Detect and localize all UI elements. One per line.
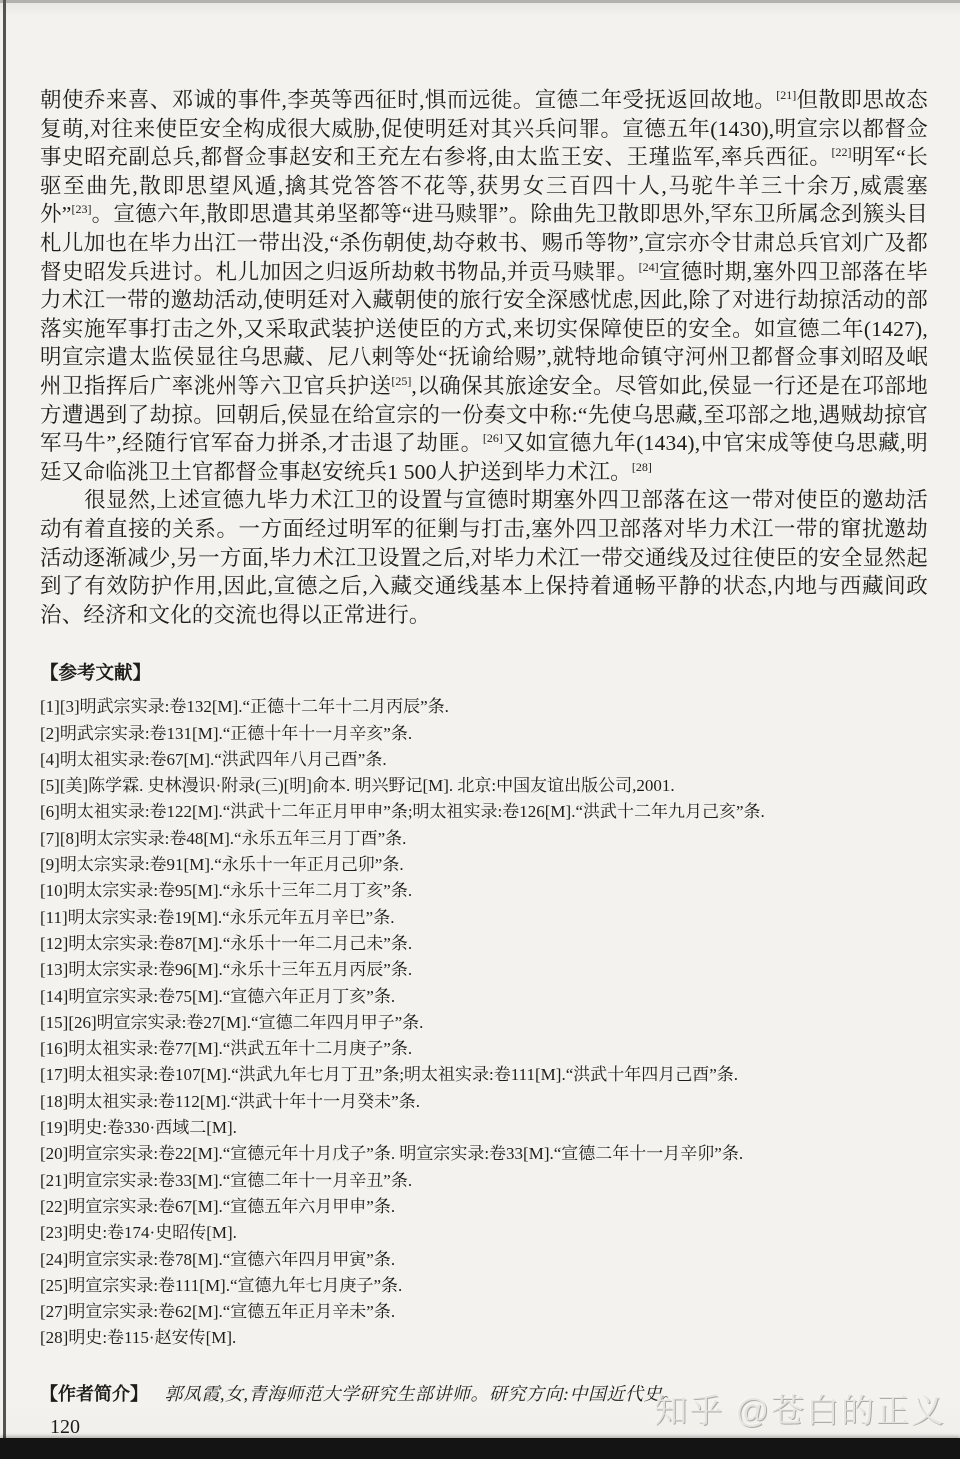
paragraph-text: 很显然,上述宣德九毕力术江卫的设置与宣德时期塞外四卫部落在这一带对使臣的邀劫活动… — [40, 488, 928, 626]
reference-item: [27]明宣宗实录:卷62[M].“宣德五年正月辛未”条. — [40, 1299, 928, 1325]
reference-item: [13]明太宗实录:卷96[M].“永乐十三年五月丙辰”条. — [40, 957, 928, 983]
reference-list: [1][3]明武宗实录:卷132[M].“正德十二年十二月丙辰”条.[2]明武宗… — [40, 694, 928, 1351]
reference-item: [19]明史:卷330·西域二[M]. — [40, 1115, 928, 1141]
reference-item: [16]明太祖实录:卷77[M].“洪武五年十二月庚子”条. — [40, 1036, 928, 1062]
body-paragraph: 朝使乔来喜、邓诚的事件,李英等西征时,惧而远徙。宣德二年受抚返回故地。[21]但… — [40, 86, 928, 486]
reference-item: [24]明宣宗实录:卷78[M].“宣德六年四月甲寅”条. — [40, 1247, 928, 1273]
citation-superscript: [21] — [776, 88, 796, 102]
reference-item: [22]明宣宗实录:卷67[M].“宣德五年六月甲申”条. — [40, 1194, 928, 1220]
reference-item: [10]明太宗实录:卷95[M].“永乐十三年二月丁亥”条. — [40, 878, 928, 904]
body-paragraphs: 朝使乔来喜、邓诚的事件,李英等西征时,惧而远徙。宣德二年受抚返回故地。[21]但… — [40, 86, 928, 629]
citation-superscript: [22] — [832, 145, 852, 159]
reference-item: [2]明武宗实录:卷131[M].“正德十年十一月辛亥”条. — [40, 721, 928, 747]
scanned-paper-page: 朝使乔来喜、邓诚的事件,李英等西征时,惧而远徙。宣德二年受抚返回故地。[21]但… — [0, 0, 960, 1459]
page-content: 朝使乔来喜、邓诚的事件,李英等西征时,惧而远徙。宣德二年受抚返回故地。[21]但… — [40, 86, 928, 1439]
reference-item: [7][8]明太宗实录:卷48[M].“永乐五年三月丁酉”条. — [40, 826, 928, 852]
reference-item: [18]明太祖实录:卷112[M].“洪武十年十一月癸未”条. — [40, 1089, 928, 1115]
reference-item: [20]明宣宗实录:卷22[M].“宣德元年十月戊子”条. 明宣宗实录:卷33[… — [40, 1141, 928, 1167]
reference-item: [17]明太祖实录:卷107[M].“洪武九年七月丁丑”条;明太祖实录:卷111… — [40, 1062, 928, 1088]
scan-top-edge — [0, 0, 960, 3]
citation-superscript: [23] — [72, 202, 92, 216]
reference-item: [23]明史:卷174·史昭传[M]. — [40, 1220, 928, 1246]
reference-item: [5][美]陈学霖. 史林漫识·附录(三)[明]俞本. 明兴野记[M]. 北京:… — [40, 773, 928, 799]
reference-item: [1][3]明武宗实录:卷132[M].“正德十二年十二月丙辰”条. — [40, 694, 928, 720]
author-bio-text: 郭凤霞,女,青海师范大学研究生部讲师。研究方向:中国近代史。 — [165, 1384, 681, 1404]
scan-left-edge — [3, 0, 6, 1438]
citation-superscript: [24] — [639, 259, 659, 273]
reference-item: [6]明太祖实录:卷122[M].“洪武十二年正月甲申”条;明太祖实录:卷126… — [40, 799, 928, 825]
author-bio-header: 【作者简介】 — [40, 1384, 148, 1404]
reference-item: [4]明太祖实录:卷67[M].“洪武四年八月己酉”条. — [40, 747, 928, 773]
body-paragraph: 很显然,上述宣德九毕力术江卫的设置与宣德时期塞外四卫部落在这一带对使臣的邀劫活动… — [40, 486, 928, 629]
citation-superscript: [28] — [632, 460, 652, 474]
paragraph-text: 朝使乔来喜、邓诚的事件,李英等西征时,惧而远徙。宣德二年受抚返回故地。 — [40, 88, 776, 112]
citation-superscript: [25] — [391, 374, 411, 388]
bottom-black-bar — [0, 1438, 960, 1459]
reference-item: [28]明史:卷115·赵安传[M]. — [40, 1325, 928, 1351]
reference-item: [9]明太宗实录:卷91[M].“永乐十一年正月己卯”条. — [40, 852, 928, 878]
citation-superscript: [26] — [483, 431, 503, 445]
reference-item: [11]明太宗实录:卷19[M].“永乐元年五月辛巳”条. — [40, 905, 928, 931]
zhihu-watermark: 知乎 @苍白的正义 — [654, 1385, 946, 1432]
reference-item: [14]明宣宗实录:卷75[M].“宣德六年正月丁亥”条. — [40, 984, 928, 1010]
reference-item: [12]明太宗实录:卷87[M].“永乐十一年二月己未”条. — [40, 931, 928, 957]
reference-item: [25]明宣宗实录:卷111[M].“宣德九年七月庚子”条. — [40, 1273, 928, 1299]
reference-item: [15][26]明宣宗实录:卷27[M].“宣德二年四月甲子”条. — [40, 1010, 928, 1036]
reference-item: [21]明宣宗实录:卷33[M].“宣德二年十一月辛丑”条. — [40, 1168, 928, 1194]
references-header: 【参考文献】 — [40, 659, 928, 685]
